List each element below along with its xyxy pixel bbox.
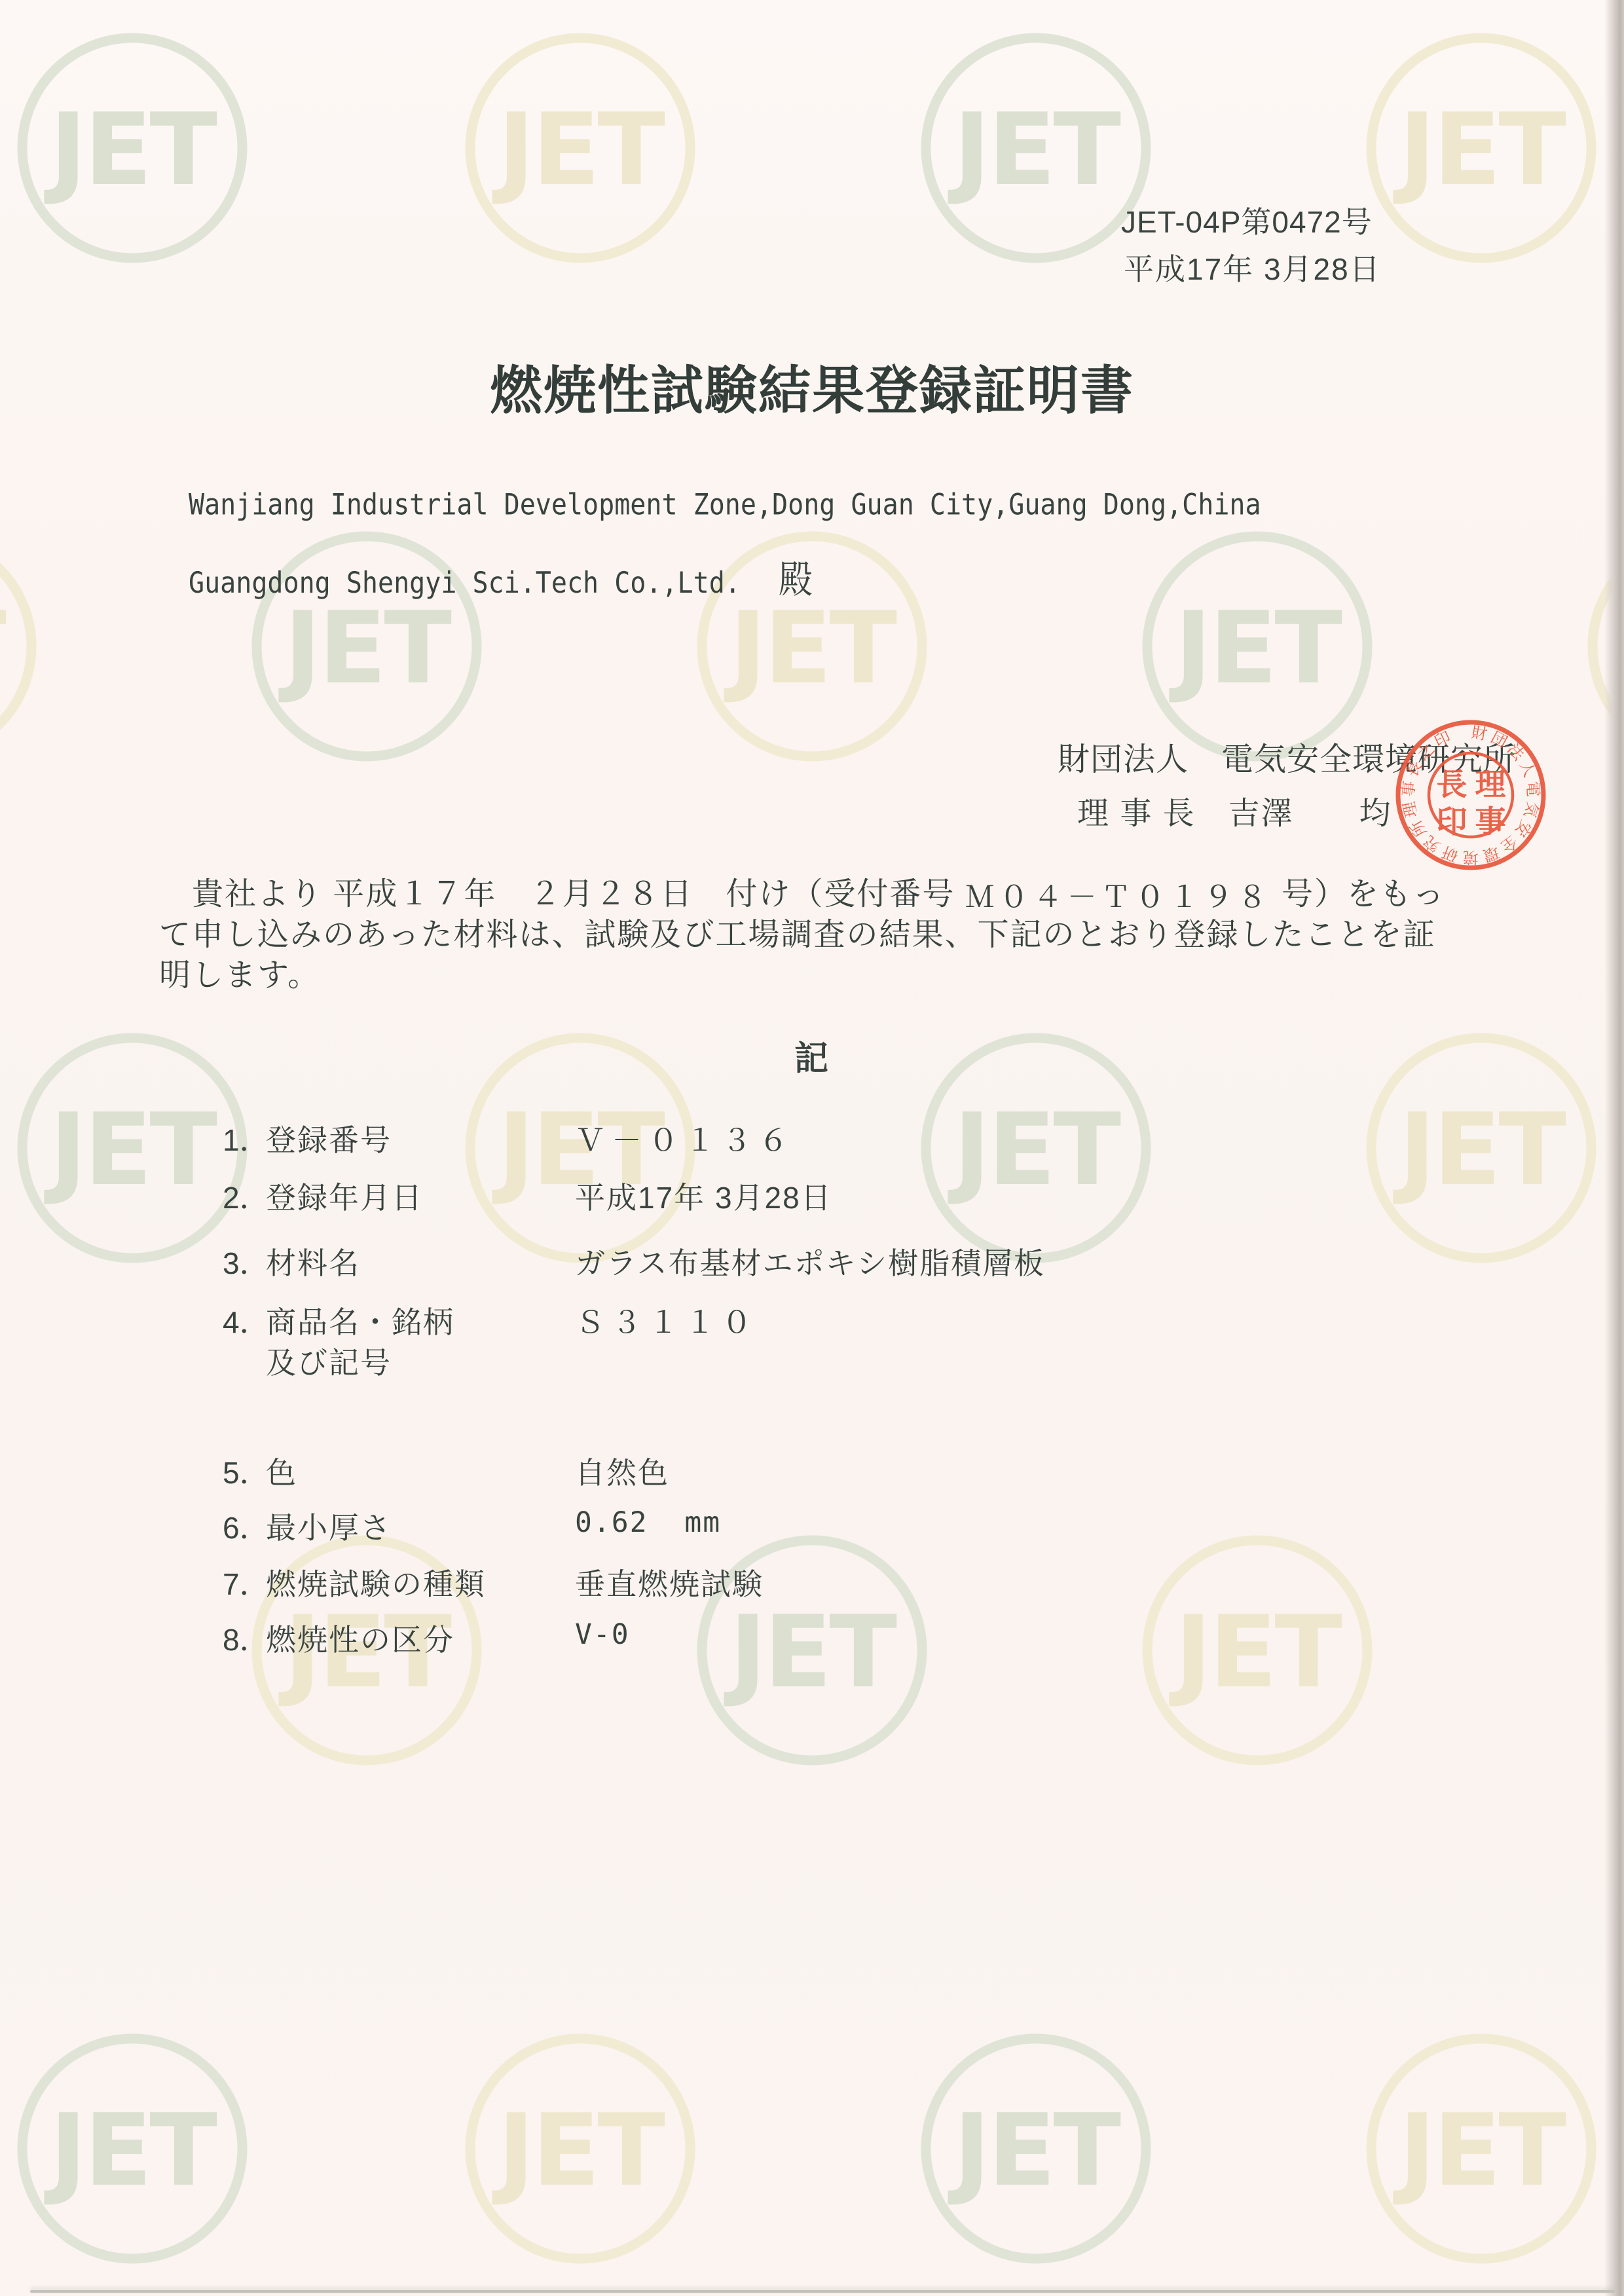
- seal-char-bottom-right: 事: [1475, 805, 1506, 840]
- jet-watermark-logo: JET: [8, 24, 257, 272]
- jet-watermark-logo: JET: [456, 24, 705, 272]
- seal-char-bottom-left: 印: [1437, 805, 1467, 840]
- scan-edge-right: [1604, 0, 1624, 2296]
- watermark-letters: JET: [724, 1594, 896, 1710]
- item-label: 色: [266, 1456, 297, 1490]
- jet-watermark-logo: JET: [0, 522, 46, 771]
- item-number: 3．: [223, 1240, 266, 1283]
- item-number: 2．: [223, 1174, 266, 1217]
- item-number: 5．: [223, 1449, 266, 1492]
- recipient-address: Wanjiang Industrial Development Zone,Don…: [189, 488, 1261, 522]
- watermark-ring: [0, 536, 31, 756]
- honorific-dono: 殿: [779, 559, 813, 602]
- jet-watermark-logo: JET: [1357, 24, 1606, 272]
- item-value: Ｖ－０１３６: [575, 1117, 795, 1160]
- item-label: 登録年月日: [266, 1181, 423, 1215]
- watermark-letters: JET: [1169, 590, 1342, 706]
- seal-outer-ring: [1398, 722, 1543, 868]
- watermark-letters: JET: [1393, 92, 1566, 208]
- issuer-chairman: 理 事 長 吉澤 均: [1077, 788, 1392, 833]
- watermark-letters: JET: [724, 590, 896, 706]
- item-row: 4．商品名・銘柄Ｓ３１１０: [223, 1299, 454, 1342]
- record-heading: 記: [0, 1031, 1624, 1080]
- recipient-company: Guangdong Shengyi Sci.Tech Co.,Ltd.: [189, 566, 741, 601]
- item-row: 3．材料名ガラス布基材エポキシ樹脂積層板: [223, 1240, 360, 1283]
- item-value: 自然色: [575, 1449, 669, 1492]
- watermark-letters: JET: [1393, 1092, 1566, 1208]
- watermark-letters: JET: [492, 92, 665, 208]
- item-value: 0.62 mm: [575, 1506, 721, 1539]
- item-label-line2: 及び記号: [266, 1339, 392, 1382]
- watermark-letters: JET: [948, 2092, 1120, 2208]
- item-row: 7．燃焼試験の種類垂直燃焼試験: [223, 1561, 486, 1604]
- item-number: 8．: [223, 1616, 266, 1659]
- item-row: 1．登録番号Ｖ－０１３６: [223, 1117, 392, 1160]
- item-row: 6．最小厚さ0.62 mm: [223, 1504, 392, 1547]
- document-number: JET-04P第0472号: [1121, 198, 1373, 242]
- body-line-1: 貴社より 平成１７年 ２月２８日 付け（受付番号 Ｍ０４－Ｔ０１９８ 号）をもっ: [159, 868, 1445, 914]
- certificate-page: JETJETJETJETJETJETJETJETJETJETJETJETJETJ…: [0, 0, 1624, 2296]
- item-row: 2．登録年月日平成17年 3月28日: [223, 1174, 423, 1217]
- item-number: 4．: [223, 1299, 266, 1342]
- item-label: 登録番号: [266, 1123, 392, 1157]
- watermark-letters: JET: [44, 2092, 217, 2208]
- watermark-letters: JET: [948, 1092, 1120, 1208]
- seal-char-top-right: 理: [1475, 768, 1506, 802]
- item-value: 平成17年 3月28日: [575, 1174, 832, 1217]
- watermark-letters: JET: [278, 590, 451, 706]
- item-number: 6．: [223, 1504, 266, 1547]
- jet-watermark-logo: JET: [1133, 1526, 1382, 1775]
- body-line-2: て申し込みのあった材料は、試験及び工場調査の結果、下記のとおり登録したことを証: [159, 909, 1436, 954]
- item-label: 燃焼試験の種類: [266, 1567, 486, 1601]
- item-value: ガラス布基材エポキシ樹脂積層板: [575, 1240, 1045, 1283]
- item-number: 7．: [223, 1561, 266, 1604]
- chairman-seal-stamp: 財団法人電気安全環境研究所理事長之印 長 理 印 事: [1393, 718, 1548, 872]
- item-label: 燃焼性の区分: [266, 1623, 454, 1657]
- jet-watermark-logo: JET: [1357, 2024, 1606, 2273]
- item-label: 商品名・銘柄: [266, 1305, 454, 1339]
- seal-char-top-left: 長: [1437, 768, 1467, 802]
- item-label: 最小厚さ: [266, 1511, 392, 1545]
- watermark-letters: JET: [1169, 1594, 1342, 1710]
- body-line-1-pre: 貴社より 平成１７年 ２月２８日 付け（受付番号: [159, 877, 965, 912]
- jet-watermark-logo: JET: [8, 2024, 257, 2273]
- watermark-letters: JET: [492, 2092, 665, 2208]
- watermark-letters: JET: [44, 1092, 217, 1208]
- watermark-letters: JET: [0, 590, 6, 706]
- scan-edge-bottom: [30, 2290, 1615, 2293]
- watermark-letters: JET: [948, 92, 1120, 208]
- certificate-title: 燃焼性試験結果登録証明書: [0, 348, 1624, 424]
- jet-watermark-logo: JET: [1133, 522, 1382, 771]
- item-value: Ｓ３１１０: [575, 1299, 758, 1342]
- issue-date: 平成17年 3月28日: [1124, 246, 1381, 289]
- item-number: 1．: [223, 1117, 266, 1160]
- item-row: 5．色自然色: [223, 1449, 297, 1492]
- body-line-3: 明します。: [159, 950, 320, 995]
- watermark-letters: JET: [44, 92, 217, 208]
- body-line-1-post: 号）をもっ: [1272, 877, 1445, 912]
- jet-watermark-logo: JET: [912, 2024, 1160, 2273]
- item-row: 8．燃焼性の区分V-0: [223, 1616, 454, 1659]
- recipient-company-line: Guangdong Shengyi Sci.Tech Co.,Ltd.殿: [189, 549, 813, 604]
- watermark-letters: JET: [1393, 2092, 1566, 2208]
- item-value: V-0: [575, 1618, 630, 1651]
- item-label: 材料名: [266, 1246, 360, 1280]
- item-value: 垂直燃焼試験: [575, 1561, 764, 1604]
- jet-watermark-logo: JET: [456, 2024, 705, 2273]
